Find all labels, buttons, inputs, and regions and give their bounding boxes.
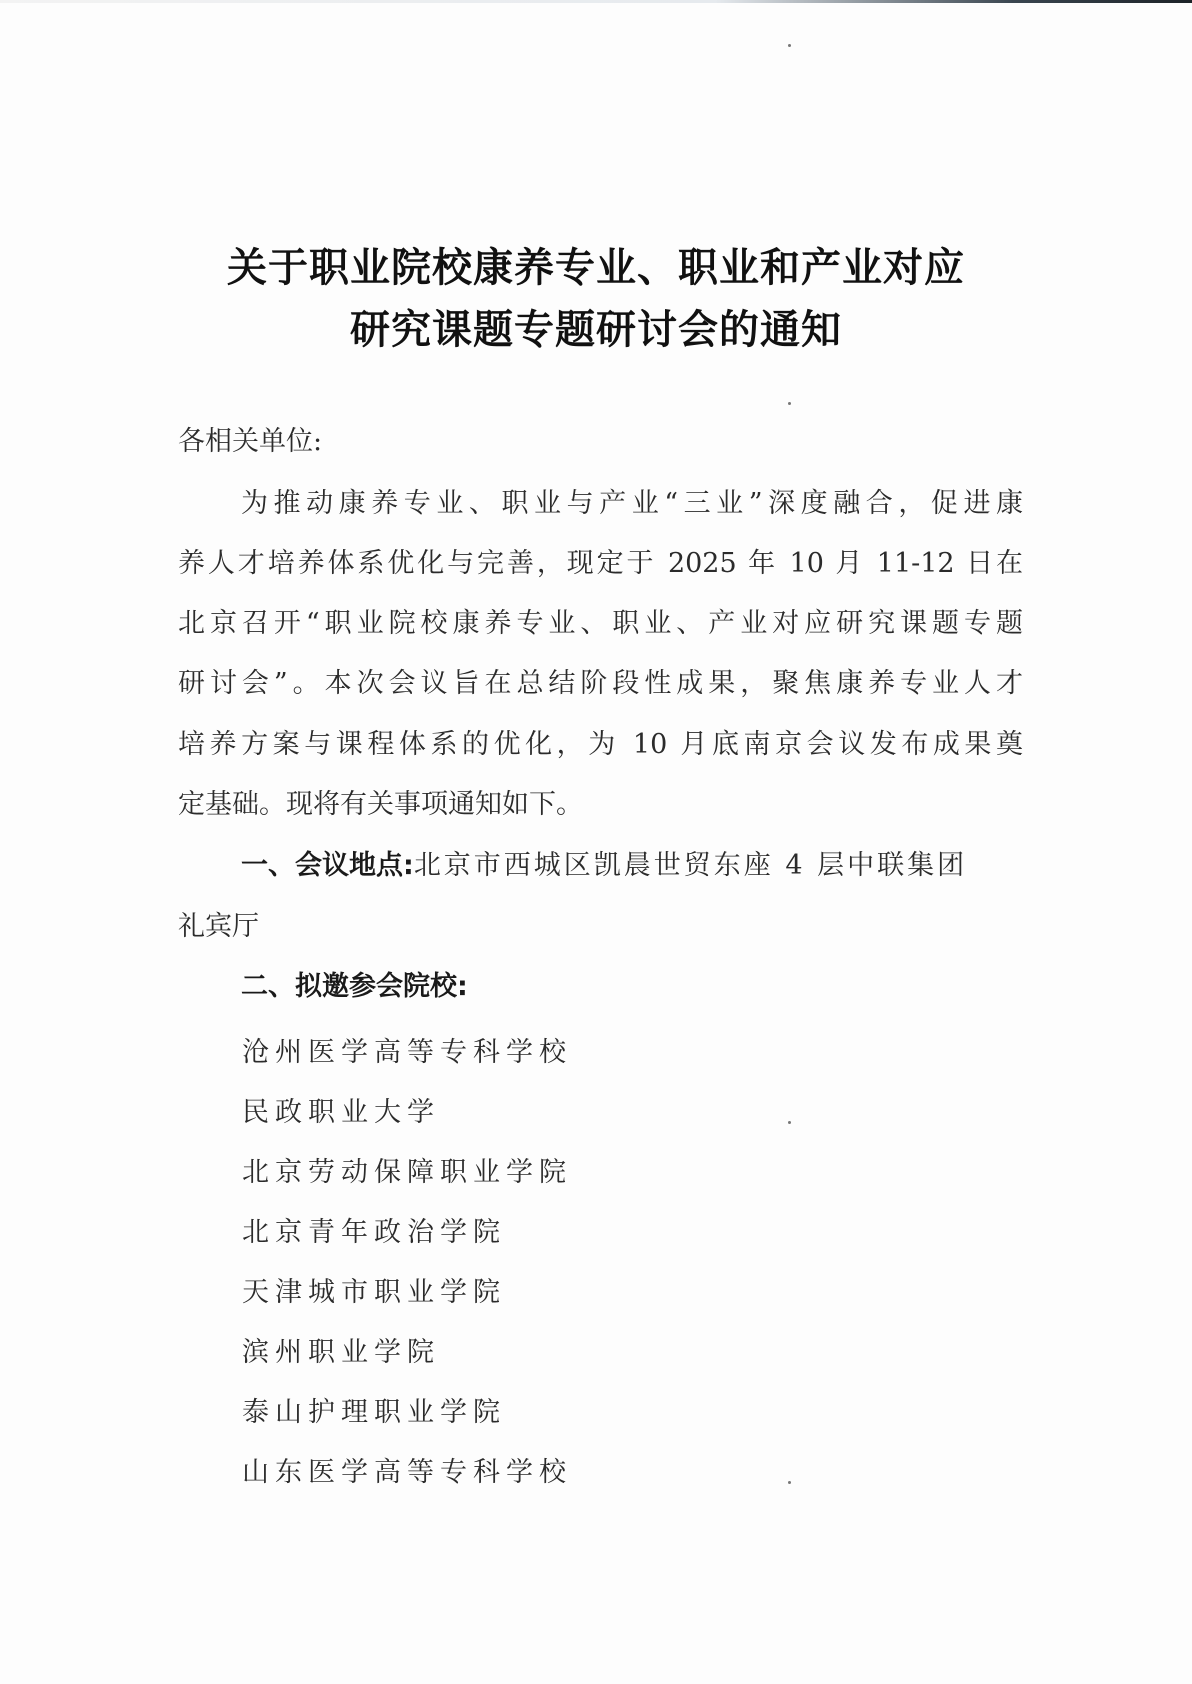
school-item: 天津城市职业学院	[242, 1270, 506, 1309]
body-line: 养人才培养体系优化与完善，现定于 2025 年 10 月 11-12 日在	[178, 550, 1023, 577]
body-line: 为推动康养专业、职业与产业“三业”深度融合，促进康	[241, 490, 1023, 517]
salutation: 各相关单位:	[178, 428, 322, 455]
body-line: 研讨会”。本次会议旨在总结阶段性成果，聚焦康养专业人才	[178, 670, 1023, 697]
document-title-line-1: 关于职业院校康养专业、职业和产业对应	[0, 236, 1192, 293]
scan-speck	[788, 44, 791, 47]
venue-address-cont: 礼宾厅	[178, 913, 259, 940]
body-line: 定基础。现将有关事项通知如下。	[178, 791, 583, 818]
school-item: 北京青年政治学院	[242, 1210, 506, 1249]
school-item: 民政职业大学	[242, 1090, 440, 1129]
scan-speck	[788, 1121, 791, 1124]
venue-line: 一、会议地点:北京市西城区凯晨世贸东座 4 层中联集团	[241, 852, 967, 879]
body-line: 培养方案与课程体系的优化，为 10 月底南京会议发布成果奠	[178, 731, 1023, 758]
school-item: 沧州医学高等专科学校	[242, 1030, 572, 1069]
scan-speck	[788, 1481, 791, 1484]
school-item: 泰山护理职业学院	[242, 1390, 506, 1429]
body-line: 北京召开“职业院校康养专业、职业、产业对应研究课题专题	[178, 610, 1023, 637]
document-title-line-2: 研究课题专题研讨会的通知	[0, 298, 1192, 355]
school-item: 山东医学高等专科学校	[242, 1450, 572, 1489]
venue-address: 北京市西城区凯晨世贸东座 4 层中联集团	[414, 850, 967, 881]
venue-heading: 一、会议地点:	[241, 850, 414, 881]
school-item: 滨州职业学院	[242, 1330, 440, 1369]
scan-speck	[788, 402, 791, 405]
schools-heading: 二、拟邀参会院校:	[241, 973, 468, 1000]
school-item: 北京劳动保障职业学院	[242, 1150, 572, 1189]
scan-edge	[0, 0, 1192, 3]
